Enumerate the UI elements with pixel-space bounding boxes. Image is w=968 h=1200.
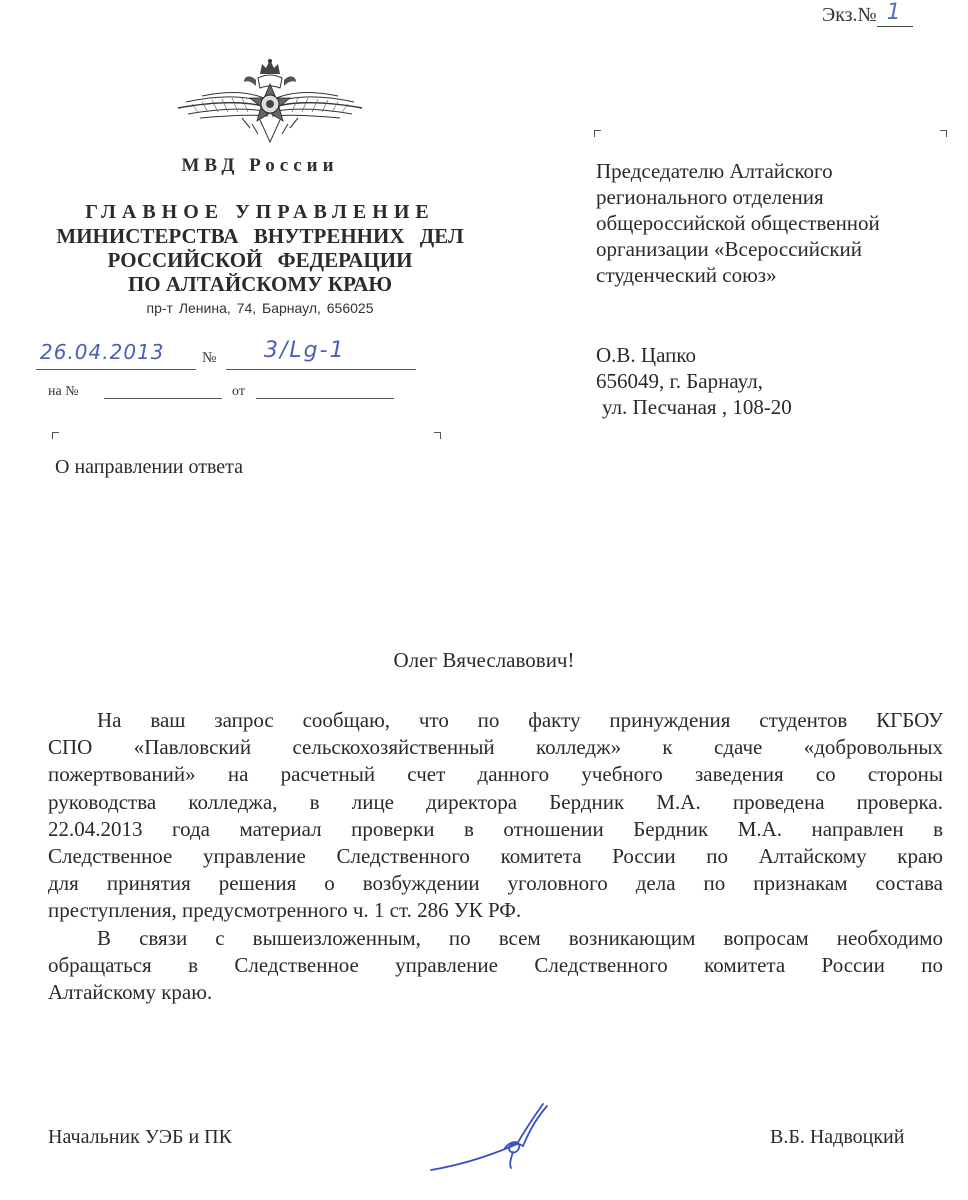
paragraph-1: На ваш запрос сообщаю, что по факту прин…	[48, 707, 943, 925]
addressee-block: Председателю Алтайского регионального от…	[596, 158, 966, 288]
registration-date: 26.04.2013	[40, 340, 165, 364]
addressee-line: Председателю Алтайского	[596, 158, 966, 184]
body-line: для принятия решения о возбуждении уголо…	[48, 870, 943, 897]
bracket-top-right	[434, 432, 441, 439]
reply-to-number-field	[104, 398, 222, 399]
paragraph-2: В связи с вышеизложенным, по всем возник…	[48, 925, 943, 1007]
reference-row: на № от	[48, 382, 418, 404]
handwritten-signature-icon	[425, 1100, 555, 1180]
addressee-bracket-top-left	[594, 130, 601, 137]
org-line-4: ПО АЛТАЙСКОМУ КРАЮ	[40, 272, 480, 297]
addressee-line: общероссийской общественной	[596, 210, 966, 236]
organization-header: ГЛАВНОЕ УПРАВЛЕНИЕ МИНИСТЕРСТВА ВНУТРЕНН…	[40, 200, 480, 319]
number-label: №	[202, 350, 216, 367]
registration-row: 26.04.2013 № 3/Lg-1	[36, 340, 416, 372]
mvd-emblem-icon	[172, 58, 368, 148]
bracket-top-left	[52, 432, 59, 439]
signatory-position: Начальник УЭБ и ПК	[48, 1126, 232, 1149]
reply-to-label: на №	[48, 384, 79, 400]
date-field-line	[36, 369, 196, 370]
from-label: от	[232, 384, 245, 400]
recipient-address-line-1: 656049, г. Барнаул,	[596, 368, 792, 394]
addressee-line: студенческий союз»	[596, 262, 966, 288]
body-line: На ваш запрос сообщаю, что по факту прин…	[48, 707, 943, 734]
body-line: руководства колледжа, в лице директора Б…	[48, 789, 943, 816]
letter-subject: О направлении ответа	[55, 456, 243, 479]
body-line: Алтайскому краю.	[48, 979, 943, 1006]
recipient-block: О.В. Цапко 656049, г. Барнаул, ул. Песча…	[596, 342, 792, 420]
body-line: В связи с вышеизложенным, по всем возник…	[48, 925, 943, 952]
org-line-1: ГЛАВНОЕ УПРАВЛЕНИЕ	[40, 200, 480, 224]
signatory-name: В.Б. Надвоцкий	[770, 1126, 904, 1149]
number-field-line	[226, 369, 416, 370]
salutation: Олег Вячеславович!	[0, 648, 968, 673]
body-line: обращаться в Следственное управление Сле…	[48, 952, 943, 979]
copy-number: Экз.№1	[822, 4, 913, 27]
body-line: Следственное управление Следственного ко…	[48, 843, 943, 870]
body-line: СПО «Павловский сельскохозяйственный кол…	[48, 734, 943, 761]
body-line: преступления, предусмотренного ч. 1 ст. …	[48, 897, 943, 924]
recipient-address-line-2: ул. Песчаная , 108-20	[596, 394, 792, 420]
from-date-field	[256, 398, 394, 399]
registration-number: 3/Lg-1	[264, 338, 346, 363]
recipient-name: О.В. Цапко	[596, 342, 792, 368]
copy-number-value: 1	[887, 0, 901, 25]
addressee-line: регионального отделения	[596, 184, 966, 210]
org-address: пр-т Ленина, 74, Барнаул, 656025	[40, 297, 480, 319]
letter-body: На ваш запрос сообщаю, что по факту прин…	[48, 707, 943, 1006]
addressee-line: организации «Всероссийский	[596, 236, 966, 262]
body-line: пожертвований» на расчетный счет данного…	[48, 761, 943, 788]
ministry-short-title: МВД России	[150, 155, 370, 177]
org-line-3: РОССИЙСКОЙ ФЕДЕРАЦИИ	[40, 248, 480, 272]
addressee-bracket-top-right	[940, 130, 947, 137]
body-line: 22.04.2013 года материал проверки в отно…	[48, 816, 943, 843]
org-line-2: МИНИСТЕРСТВА ВНУТРЕННИХ ДЕЛ	[40, 224, 480, 248]
copy-number-label: Экз.№	[822, 4, 877, 26]
copy-number-field: 1	[877, 6, 913, 27]
